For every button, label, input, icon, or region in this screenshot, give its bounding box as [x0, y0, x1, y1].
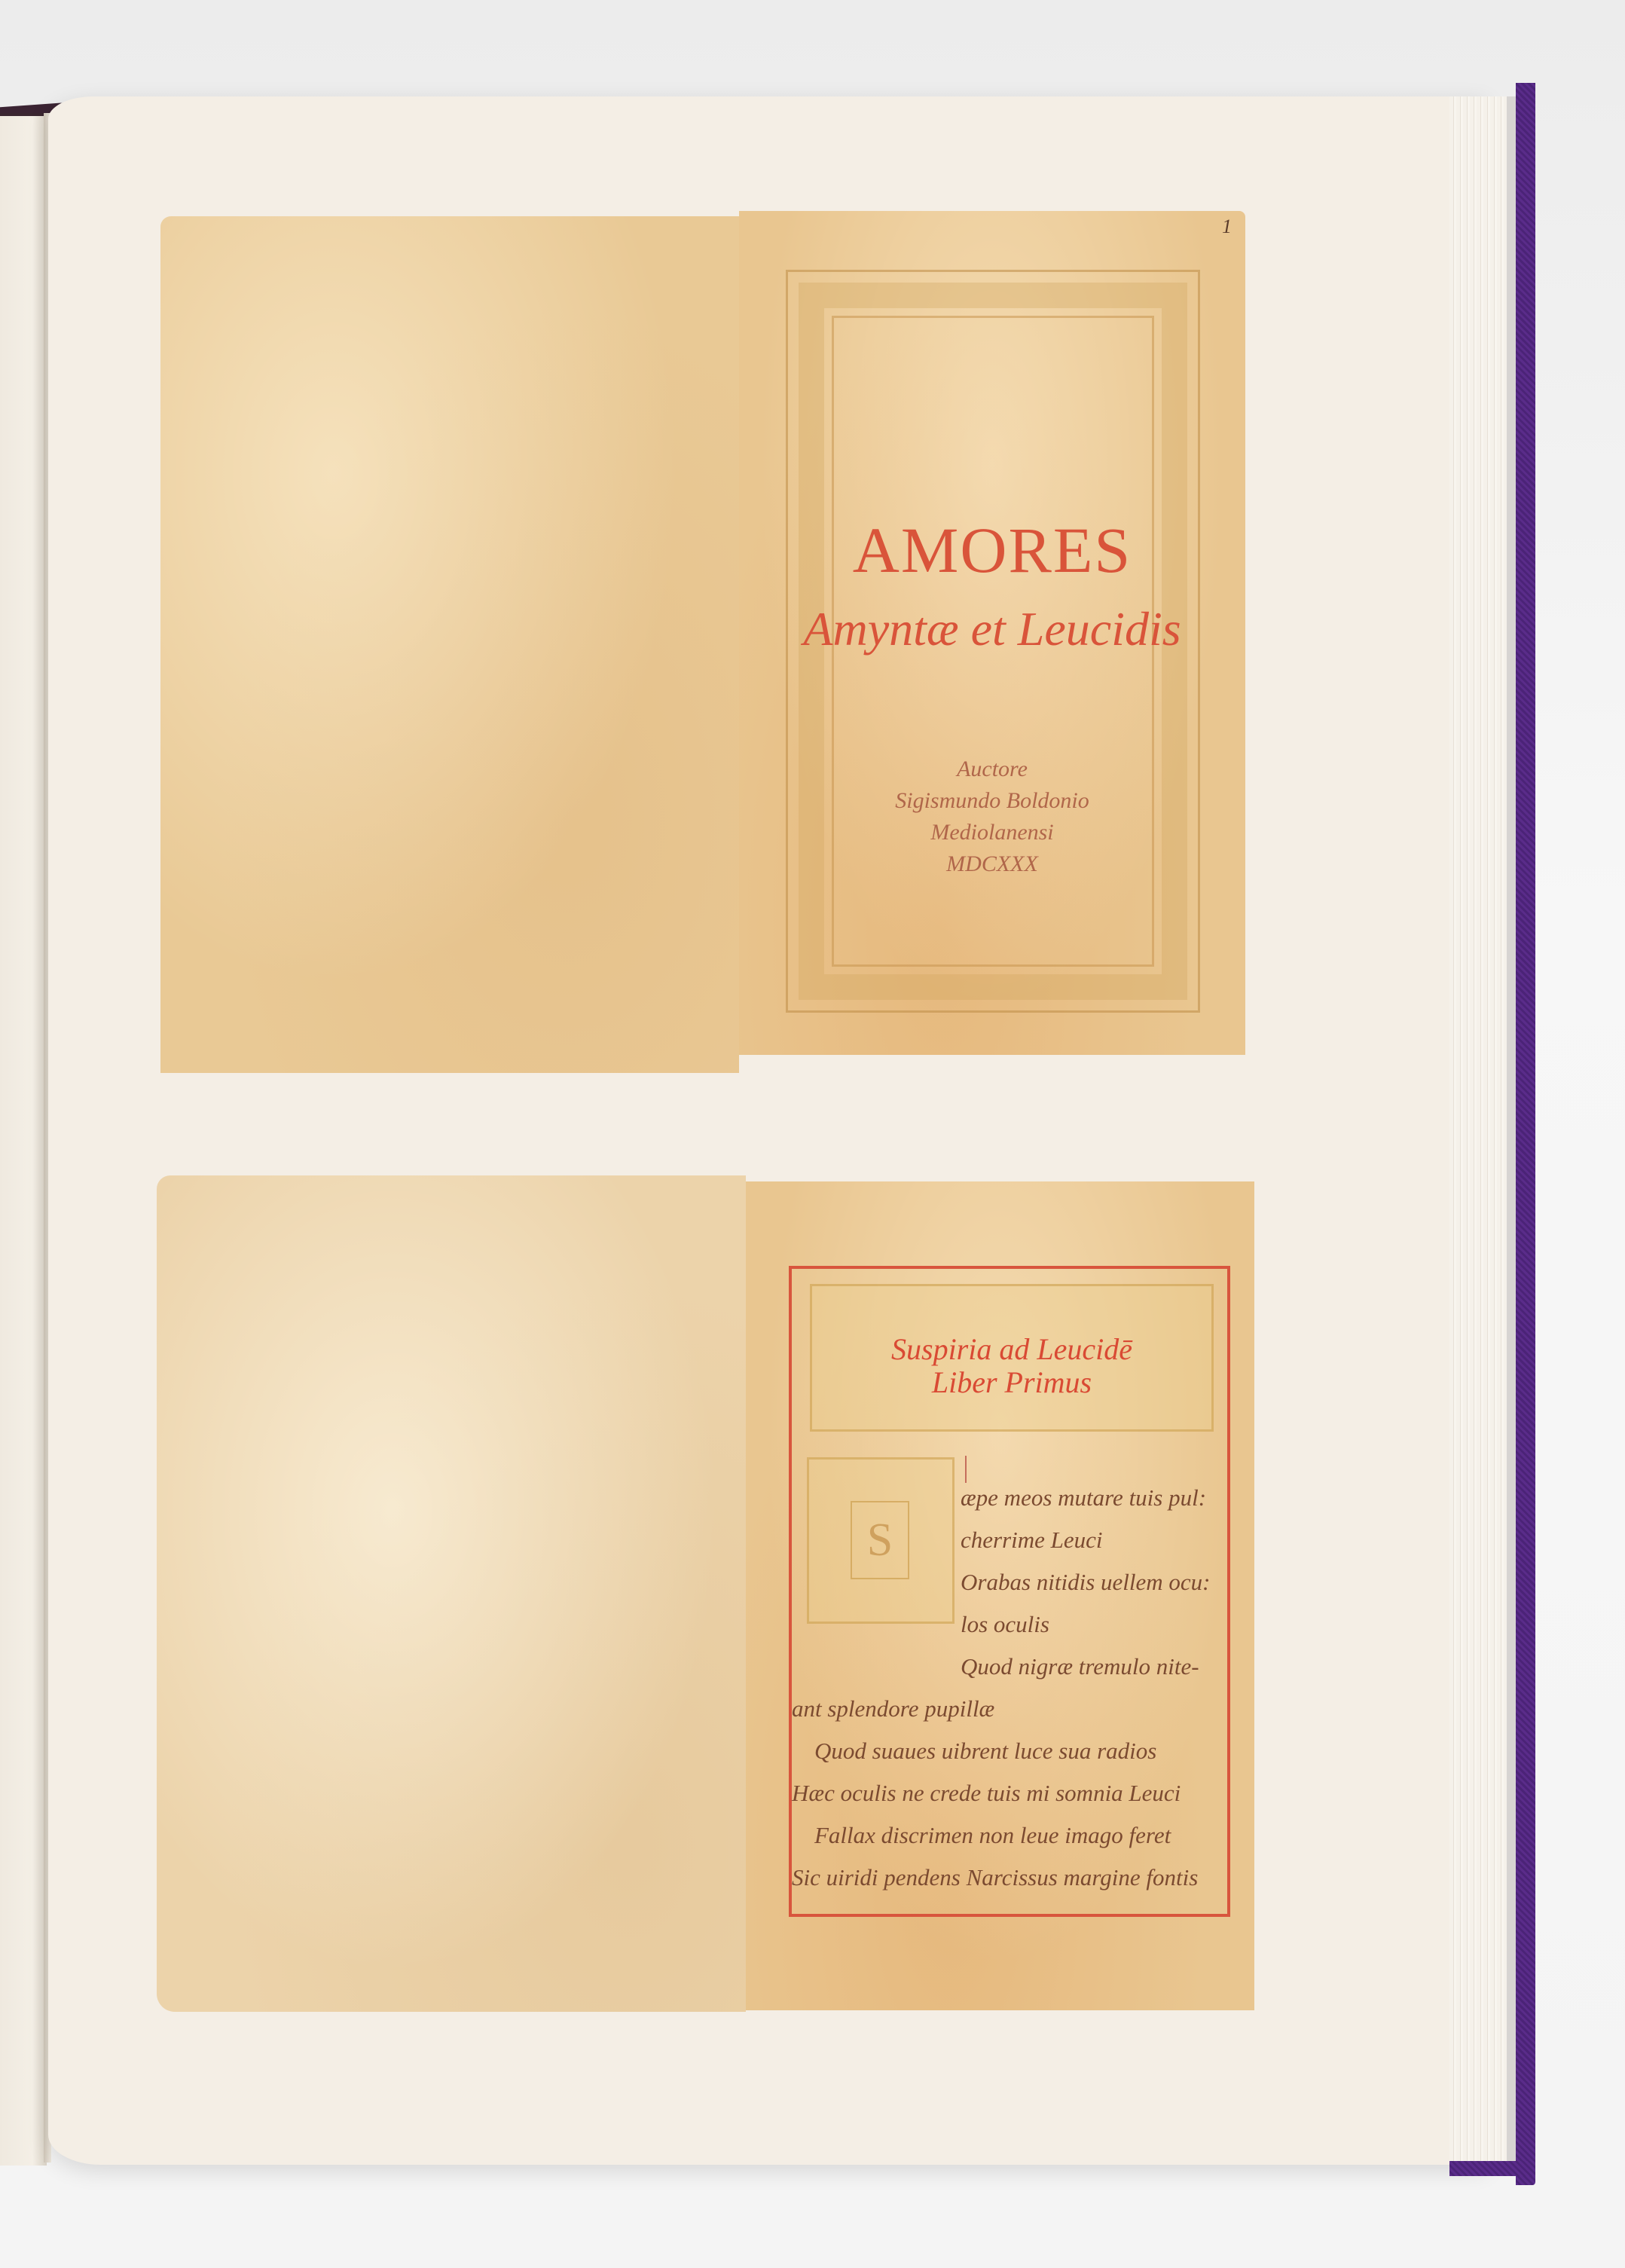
- previous-page-edge: [0, 113, 47, 2166]
- gilt-heading-panel: Suspiria ad Leucidē Liber Primus: [810, 1284, 1214, 1432]
- purple-cloth-cover: [1516, 83, 1535, 2185]
- verse-line: los oculis: [961, 1611, 1049, 1638]
- red-ruled-frame: Suspiria ad Leucidē Liber Primus S æpe m…: [789, 1266, 1230, 1917]
- heading-line: Suspiria ad Leucidē: [812, 1333, 1211, 1366]
- verse-line: Quod suaues uibrent luce sua radios: [814, 1738, 1156, 1765]
- verse-line: ant splendore pupillæ: [792, 1695, 994, 1722]
- book-heading: Suspiria ad Leucidē Liber Primus: [812, 1333, 1211, 1399]
- title-page-leaf: 1 AMORES Amyntæ et Leucidis Auctore Sigi…: [739, 211, 1245, 1055]
- heading-line: Liber Primus: [812, 1366, 1211, 1399]
- text-page-leaf: Suspiria ad Leucidē Liber Primus S æpe m…: [746, 1181, 1254, 2010]
- ruling-mark: [965, 1456, 967, 1483]
- verse-line: Quod nigræ tremulo nite-: [961, 1653, 1199, 1680]
- title: AMORES: [739, 512, 1245, 588]
- decorated-initial-panel: S: [807, 1457, 955, 1624]
- blank-verso-leaf: [160, 216, 739, 1073]
- subtitle: Amyntæ et Leucidis: [739, 601, 1245, 657]
- verse-line: Fallax discrimen non leue imago feret: [814, 1822, 1171, 1849]
- verse-line: Hæc oculis ne crede tuis mi somnia Leuci: [792, 1780, 1181, 1807]
- imprint: Auctore Sigismundo Boldonio Mediolanensi…: [739, 753, 1245, 880]
- imprint-line: Sigismundo Boldonio: [739, 785, 1245, 817]
- page-block-fore-edge: [1449, 96, 1507, 2165]
- blank-verso-leaf: [157, 1175, 746, 2012]
- initial-letter: S: [851, 1501, 909, 1579]
- imprint-line: Auctore: [739, 753, 1245, 785]
- verse-line: cherrime Leuci: [961, 1527, 1103, 1554]
- imprint-line: Mediolanensi: [739, 817, 1245, 848]
- title-block: AMORES Amyntæ et Leucidis: [739, 512, 1245, 657]
- purple-cloth-cover-bottom: [1449, 2161, 1535, 2176]
- imprint-date: MDCXXX: [739, 848, 1245, 880]
- verse-line: Orabas nitidis uellem ocu:: [961, 1569, 1211, 1596]
- verse-line: æpe meos mutare tuis pul:: [961, 1484, 1206, 1511]
- verse-line: Sic uiridi pendens Narcissus margine fon…: [792, 1864, 1198, 1891]
- folio-number: 1: [1222, 215, 1232, 238]
- endpaper-edge: [1507, 96, 1516, 2165]
